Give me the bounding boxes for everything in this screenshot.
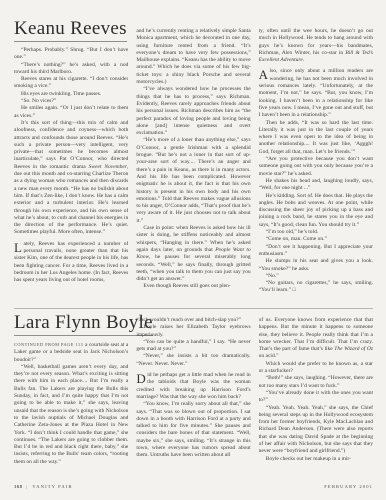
- column-3: ty, often until the wee hours, he doesn’…: [259, 19, 373, 305]
- continued-from-note: CONTINUED FROM PAGE 113: [14, 342, 85, 347]
- paragraph: ty, often until the wee hours, he doesn’…: [259, 28, 373, 64]
- article-lara-flynn-boyle: Lara Flynn Boyle CONTINUED FROM PAGE 113…: [14, 313, 373, 481]
- article-title: Lara Flynn Boyle: [14, 313, 153, 336]
- footer-issue-date: FEBRUARY 2001: [324, 484, 373, 489]
- magazine-brand: VANITY FAIR: [32, 484, 72, 489]
- paragraph: “You can be quite a handful,” I say. “He…: [136, 339, 250, 354]
- paragraph: Boyle checks out her makeup in a mir-: [259, 456, 373, 463]
- column-2: “Jack wouldn’t reach over and bitch-slap…: [136, 313, 250, 481]
- drop-cap: A: [259, 68, 270, 80]
- paragraph: “You know, I’m really sorry about all th…: [136, 401, 250, 459]
- paragraph: and he’s currently renting a relatively …: [136, 28, 250, 86]
- paragraph: “Come on, man. Come on.”: [259, 236, 373, 243]
- article-column: “Jack wouldn’t reach over and bitch-slap…: [136, 317, 250, 481]
- article-title-block: Lara Flynn Boyle: [14, 313, 128, 336]
- paragraph: “You’ve already done it with the ones yo…: [259, 390, 373, 405]
- paragraph: “He’s more of a loner than anything else…: [136, 137, 250, 225]
- column-3: of us. Everyone knows from experience th…: [259, 313, 373, 481]
- paragraph: CONTINUED FROM PAGE 113 a courtside seat…: [14, 341, 128, 364]
- paragraph: “No.”: [259, 273, 373, 280]
- paragraph: “No guitars, no cigarettes,” he says, sm…: [259, 280, 373, 295]
- paragraph: He smiles again. “Or I just don’t relate…: [14, 105, 128, 120]
- article-title: Keanu Reeves: [14, 19, 127, 42]
- paragraph: Boyle raises her Elizabeth Taylor eyebro…: [136, 324, 250, 339]
- paragraph: “Both!” she says, laughing. “However, th…: [259, 375, 373, 390]
- paragraph: Case in point: when Reeves is asked how …: [136, 225, 250, 283]
- article-keanu-reeves: Keanu Reeves “Perhaps. Probably.” Shrug.…: [14, 19, 373, 305]
- column-1: Keanu Reeves “Perhaps. Probably.” Shrug.…: [14, 19, 128, 305]
- column-1: Lara Flynn Boyle CONTINUED FROM PAGE 113…: [14, 313, 128, 481]
- paragraph: “Jack wouldn’t reach over and bitch-slap…: [136, 317, 250, 324]
- footer-left: 168 | VANITY FAIR: [14, 484, 73, 489]
- paragraph: He’s kidding. Sort of. He does that. He …: [259, 193, 373, 229]
- hairline-divider: [14, 308, 373, 309]
- article-column: ty, often until the wee hours, he doesn’…: [259, 28, 373, 305]
- drop-cap: D: [136, 372, 147, 384]
- paragraph: “Well, basketball games aren’t every day…: [14, 364, 128, 466]
- paragraph: “Perhaps. Probably.” Shrug. “But I don’t…: [14, 47, 128, 62]
- article-column: and he’s currently renting a relatively …: [136, 28, 250, 305]
- article-column: of us. Everyone knows from experience th…: [259, 317, 373, 481]
- page-number: 168: [14, 484, 22, 489]
- paragraph: “Never,” she insists a bit too dramatica…: [136, 353, 250, 368]
- paragraph: “There’s nothing?” he’s asked, with a no…: [14, 62, 128, 77]
- paragraph: Then he adds, “It was so hard the last t…: [259, 120, 373, 156]
- paragraph: Which would she prefer to be known as, a…: [259, 361, 373, 376]
- paragraph: of us. Everyone knows from experience th…: [259, 317, 373, 361]
- paragraph: Did he perhaps get a little mad when he …: [136, 372, 250, 401]
- paragraph: He shakes his head and, laughing loudly,…: [259, 178, 373, 193]
- column-2: and he’s currently renting a relatively …: [136, 19, 250, 305]
- paragraph: It’s this sort of thing—this mix of calm…: [14, 120, 128, 237]
- paragraph: Reeves stares at his cigarette. “I don’t…: [14, 76, 128, 91]
- paragraph: “Yeah. Yeah. Yeah. Yeah,” she says, the …: [259, 405, 373, 456]
- paragraph: Lately, Reeves has experienced a number …: [14, 241, 128, 285]
- article-title-block: Keanu Reeves: [14, 19, 128, 42]
- paragraph: “Don’t see it happening. But I appreciat…: [259, 244, 373, 259]
- paragraph: He slumps in his seat and gives you a lo…: [259, 258, 373, 273]
- paragraph: “Are you protective because you don’t wa…: [259, 156, 373, 178]
- paragraph: Also, since only about a million readers…: [259, 68, 373, 119]
- drop-cap: L: [14, 241, 23, 253]
- article-column: CONTINUED FROM PAGE 113 a courtside seat…: [14, 341, 128, 481]
- article-column: “Perhaps. Probably.” Shrug. “But I don’t…: [14, 47, 128, 305]
- page-footer: 168 | VANITY FAIR FEBRUARY 2001: [14, 484, 373, 489]
- paragraph: Even though Reeves still goes out plen-: [136, 283, 250, 290]
- footer-separator: |: [26, 484, 28, 489]
- paragraph: His eyes are twinkling. Time passes.: [14, 91, 128, 98]
- paragraph: “I’ve always wondered how he processes t…: [136, 86, 250, 137]
